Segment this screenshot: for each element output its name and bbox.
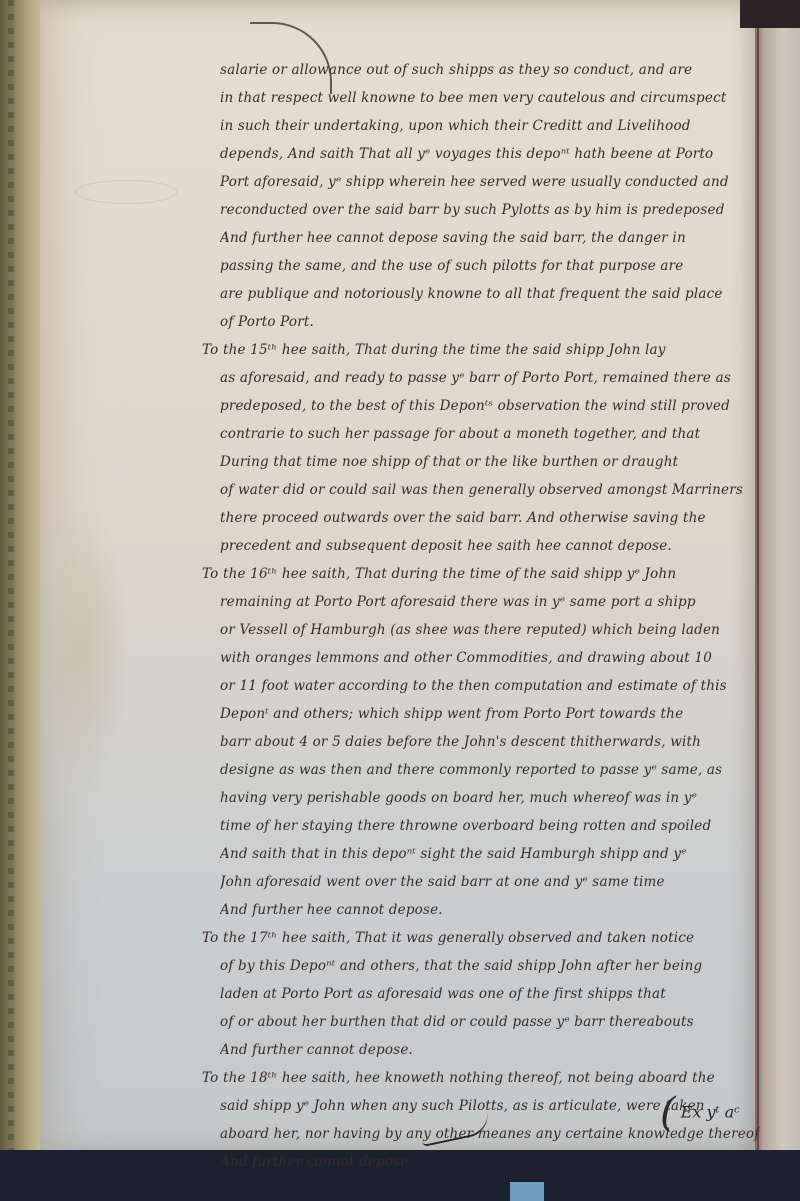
folio-annotation-text: Ex yᵗ aᶜ: [681, 1103, 740, 1122]
text-line: And further hee cannot depose.: [220, 896, 760, 924]
bracket-glyph: (: [660, 1090, 676, 1136]
facing-page-edge: [755, 0, 800, 1170]
text-line: having very perishable goods on board he…: [220, 784, 760, 812]
text-line: To the 18ᵗʰ hee saith, hee knoweth nothi…: [202, 1064, 742, 1092]
text-line: time of her staying there throwne overbo…: [220, 812, 760, 840]
page-stain: [40, 500, 130, 800]
text-line: of Porto Port.: [220, 308, 760, 336]
text-line: laden at Porto Port as aforesaid was one…: [220, 980, 760, 1008]
text-line: or 11 foot water according to the then c…: [220, 672, 760, 700]
text-line: of by this Depoⁿᵗ and others, that the s…: [220, 952, 760, 980]
text-line: precedent and subsequent deposit hee sai…: [220, 532, 760, 560]
text-line: remaining at Porto Port aforesaid there …: [220, 588, 760, 616]
text-line: predeposed, to the best of this Deponᵗˢ …: [220, 392, 760, 420]
text-line: John aforesaid went over the said barr a…: [220, 868, 760, 896]
bookmark-ribbon: [510, 1182, 544, 1201]
text-line: of or about her burthen that did or coul…: [220, 1008, 760, 1036]
text-line: Deponᵗ and others; which shipp went from…: [220, 700, 760, 728]
paragraph-16th: To the 16ᵗʰ hee saith, That during the t…: [220, 560, 760, 924]
text-line: And further hee cannot depose saving the…: [220, 224, 760, 252]
text-line: contrarie to such her passage for about …: [220, 420, 760, 448]
text-line: Port aforesaid, yᵉ shipp wherein hee ser…: [220, 168, 760, 196]
text-line: And saith that in this depoⁿᵗ sight the …: [220, 840, 760, 868]
text-line: of water did or could sail was then gene…: [220, 476, 760, 504]
text-line: barr about 4 or 5 daies before the John'…: [220, 728, 760, 756]
text-line: reconducted over the said barr by such P…: [220, 196, 760, 224]
manuscript-text: salarie or allowance out of such shipps …: [220, 56, 760, 1176]
text-line: To the 15ᵗʰ hee saith, That during the t…: [202, 336, 742, 364]
text-line: with oranges lemmons and other Commoditi…: [220, 644, 760, 672]
text-line: are publique and notoriously knowne to a…: [220, 280, 760, 308]
text-line: And further cannot depose.: [220, 1148, 760, 1176]
text-line: in that respect well knowne to bee men v…: [220, 84, 760, 112]
text-line: passing the same, and the use of such pi…: [220, 252, 760, 280]
book-binding: [0, 0, 44, 1201]
text-line: as aforesaid, and ready to passe yᵉ barr…: [220, 364, 760, 392]
paragraph-15th: To the 15ᵗʰ hee saith, That during the t…: [220, 336, 760, 560]
text-line: there proceed outwards over the said bar…: [220, 504, 760, 532]
text-line: To the 16ᵗʰ hee saith, That during the t…: [202, 560, 742, 588]
text-line: designe as was then and there commonly r…: [220, 756, 760, 784]
paragraph-17th: To the 17ᵗʰ hee saith, That it was gener…: [220, 924, 760, 1064]
bleed-through-mark: [75, 180, 177, 204]
text-line: in such their undertaking, upon which th…: [220, 112, 760, 140]
top-shadow: [740, 0, 800, 28]
text-line: To the 17ᵗʰ hee saith, That it was gener…: [202, 924, 742, 952]
text-line: or Vessell of Hamburgh (as shee was ther…: [220, 616, 760, 644]
text-line: And further cannot depose.: [220, 1036, 760, 1064]
folio-annotation: ( Ex yᵗ aᶜ: [660, 1090, 740, 1136]
text-line: During that time noe shipp of that or th…: [220, 448, 760, 476]
text-line: salarie or allowance out of such shipps …: [220, 56, 760, 84]
text-line: depends, And saith That all yᵉ voyages t…: [220, 140, 760, 168]
